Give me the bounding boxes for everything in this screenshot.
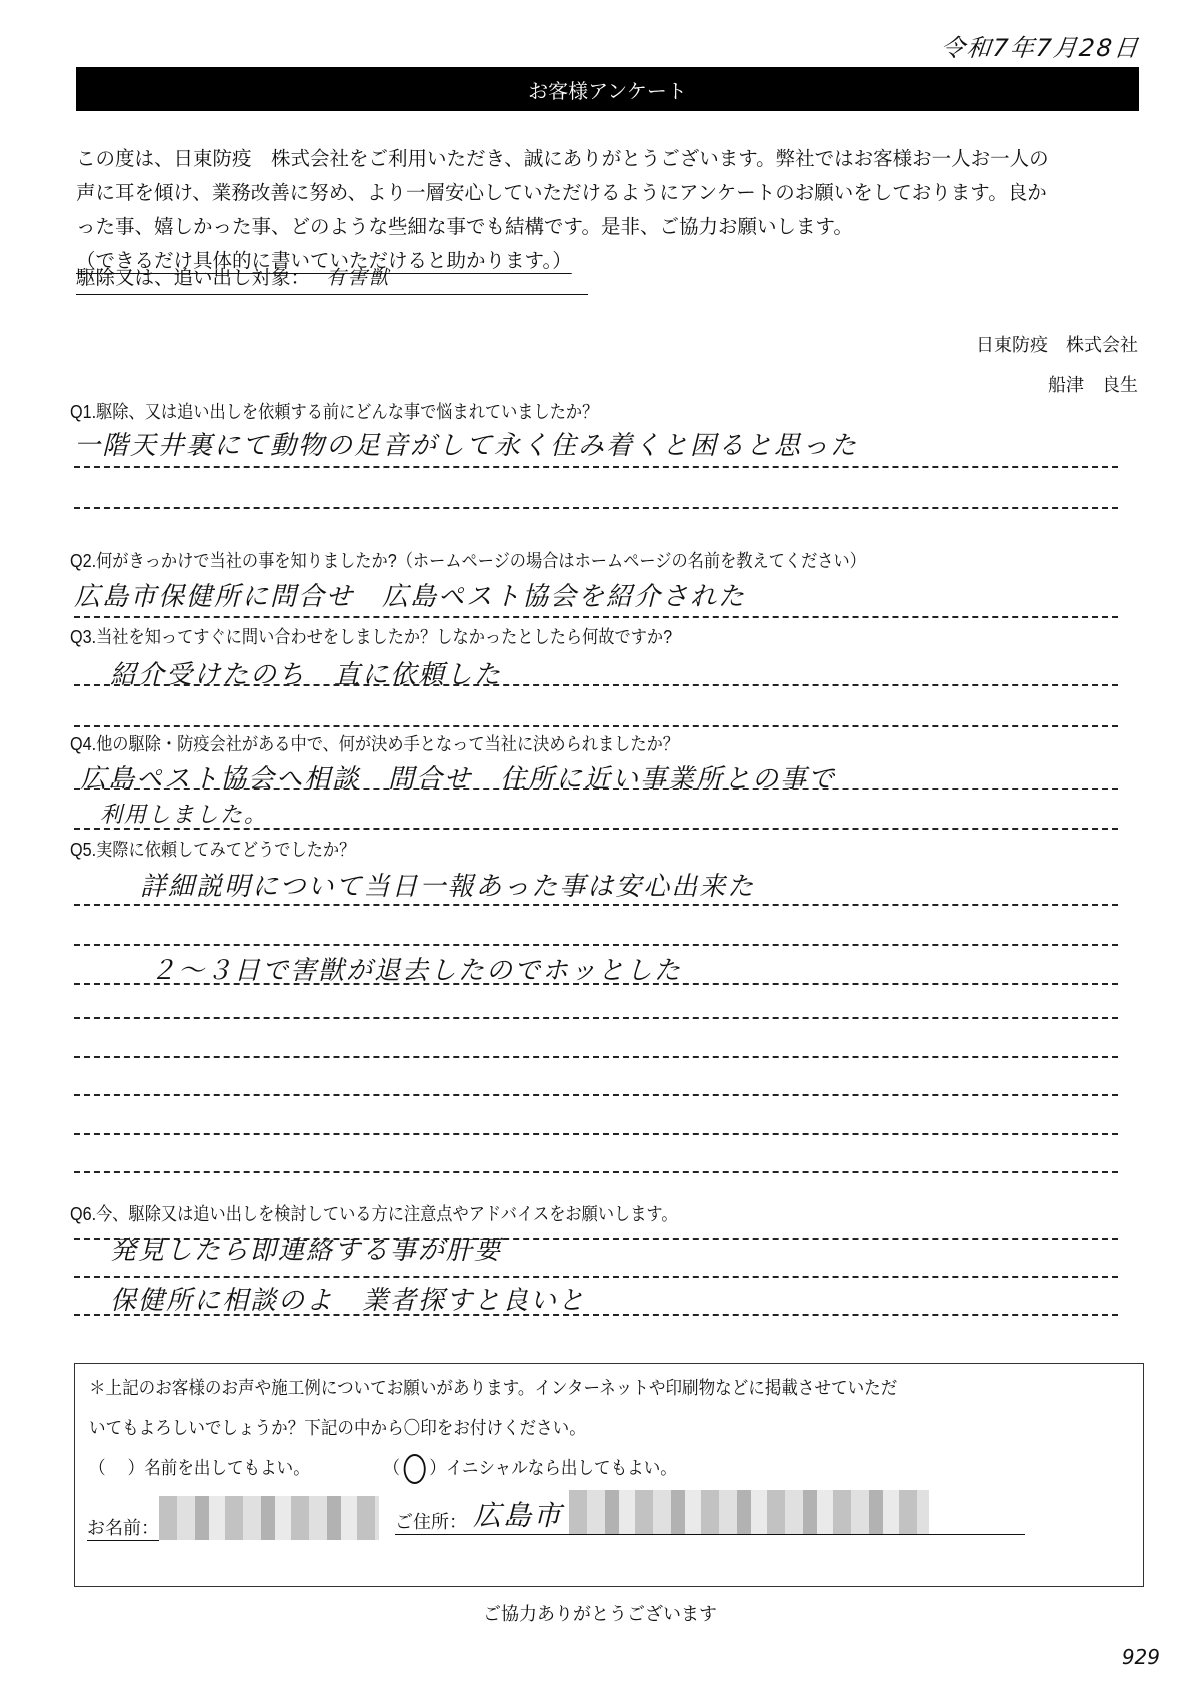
address-value-redacted: [569, 1490, 929, 1534]
answer-line: [74, 725, 1118, 727]
question-5-label: Q5.実際に依頼してみてどうでしたか？: [70, 836, 355, 862]
intro-line: った事、嬉しかった事、どのような些細な事でも結構です。是非、ご協力お願いします。: [76, 210, 1146, 244]
question-6-answer-continued: 保健所に相談のよ 業者探すと良いと: [110, 1280, 586, 1317]
page-number: 929: [1122, 1645, 1160, 1669]
name-value-redacted: [159, 1496, 379, 1540]
question-6-answer: 発見したら即連絡する事が肝要: [110, 1230, 502, 1267]
option-initial[interactable]: （）イニシャルなら出してもよい。: [383, 1458, 676, 1478]
option-initial-label: ）イニシャルなら出してもよい。: [429, 1458, 676, 1478]
title-bar: お客様アンケート: [76, 67, 1139, 111]
target-field: 駆除又は、追い出し対象：有害獣: [76, 262, 588, 295]
consent-box: ＊上記のお客様のお声や施工例についてお願いがあります。インターネットや印刷物など…: [74, 1363, 1144, 1587]
answer-line: [74, 684, 1118, 686]
answer-line: [74, 1314, 1118, 1316]
answer-line: [74, 1094, 1118, 1096]
intro-line: この度は、日東防疫 株式会社をご利用いただき、誠にありがとうございます。弊社では…: [76, 142, 1146, 176]
address-field[interactable]: ご住所： 広島市: [395, 1490, 1025, 1535]
consent-text: いてもよろしいでしょうか？下記の中から〇印をお付けください。: [89, 1414, 586, 1440]
option-name-label: ）名前を出してもよい。: [128, 1458, 310, 1478]
selected-circle-mark: [404, 1454, 426, 1484]
answer-line: [74, 1017, 1118, 1019]
question-1-answer: 一階天井裏にて動物の足音がして永く住み着くと困ると思った: [74, 425, 858, 462]
address-city: 広島市: [473, 1494, 563, 1534]
question-4-answer-continued: 利用しました。: [100, 798, 268, 829]
answer-line: [74, 466, 1118, 468]
page-title: お客様アンケート: [528, 75, 687, 104]
intro-text: この度は、日東防疫 株式会社をご利用いただき、誠にありがとうございます。弊社では…: [76, 142, 1146, 278]
answer-line: [74, 1171, 1118, 1173]
answer-line: [74, 904, 1118, 906]
company-block: 日東防疫 株式会社 船津 良生: [976, 326, 1138, 406]
answer-line: [74, 983, 1118, 985]
survey-date: 令和7年7月28日: [939, 28, 1142, 63]
question-5-answer: 詳細説明について当日一報あった事は安心出来た: [140, 866, 755, 903]
question-5-answer-continued: ２～３日で害獣が退去したのでホッとした: [150, 950, 682, 987]
thanks-message: ご協力ありがとうございます: [0, 1600, 1200, 1626]
question-3-label: Q3.当社を知ってすぐに問い合わせをしましたか？しなかったとしたら何故ですか?: [70, 623, 672, 649]
intro-line: 声に耳を傾け、業務改善に努め、より一層安心していただけるようにアンケートのお願い…: [76, 176, 1146, 210]
question-6-label: Q6.今、駆除又は追い出しを検討している方に注意点やアドバイスをお願いします。: [70, 1200, 678, 1226]
answer-line: [74, 1238, 1118, 1240]
question-1-label: Q1.駆除、又は追い出しを依頼する前にどんな事で悩まれていましたか？: [70, 398, 598, 424]
answer-line: [74, 507, 1118, 509]
question-4-label: Q4.他の駆除・防疫会社がある中で、何が決め手となって当社に決められましたか？: [70, 730, 679, 756]
answer-line: [74, 1133, 1118, 1135]
address-label: ご住所：: [395, 1508, 467, 1534]
answer-line: [74, 1056, 1118, 1058]
option-name[interactable]: （）名前を出してもよい。: [89, 1458, 310, 1478]
answer-line: [74, 616, 1118, 618]
consent-options: （）名前を出してもよい。 （）イニシャルなら出してもよい。: [89, 1454, 677, 1484]
name-field[interactable]: お名前：: [87, 1496, 379, 1540]
answer-line: [74, 788, 1118, 790]
company-name: 日東防疫 株式会社: [976, 326, 1138, 366]
consent-text: ＊上記のお客様のお声や施工例についてお願いがあります。インターネットや印刷物など…: [89, 1374, 897, 1400]
answer-line: [74, 828, 1118, 830]
question-2-answer: 広島市保健所に問合せ 広島ペスト協会を紹介された: [74, 576, 746, 613]
answer-line: [74, 1276, 1118, 1278]
name-label: お名前：: [87, 1514, 159, 1540]
target-value: 有害獣: [326, 266, 391, 289]
answer-line: [74, 944, 1118, 946]
target-label: 駆除又は、追い出し対象：: [76, 266, 310, 289]
company-person: 船津 良生: [976, 366, 1138, 406]
question-2-label: Q2.何がきっかけで当社の事を知りましたか?（ホームページの場合はホームページの…: [70, 547, 866, 573]
